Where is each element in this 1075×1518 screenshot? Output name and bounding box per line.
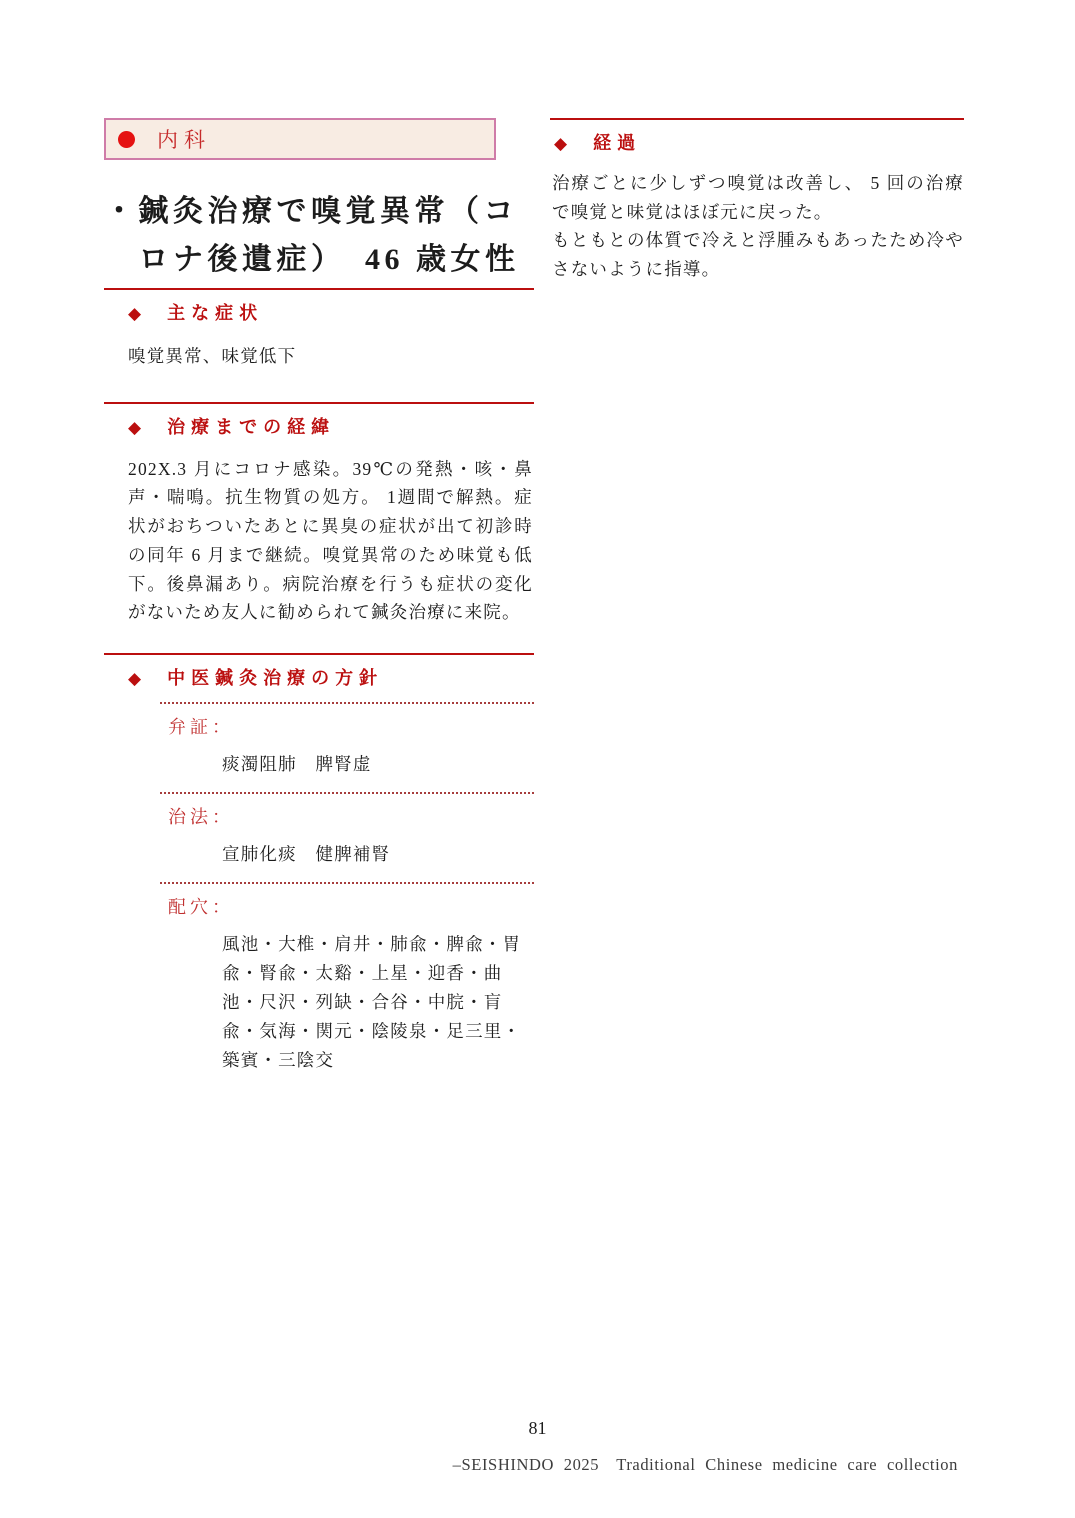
- title-bullet-icon: ・: [104, 188, 139, 284]
- history-heading-label: 治療までの経緯: [167, 413, 335, 439]
- policy-item-value: 痰濁阻肺 脾腎虚: [160, 750, 537, 779]
- symptoms-section-heading: ◆ 主な症状: [104, 290, 534, 325]
- category-header-box: 内科: [104, 118, 496, 160]
- diamond-icon: ◆: [128, 418, 141, 438]
- diamond-icon: ◆: [554, 134, 567, 154]
- footer-credit: –SEISHINDO 2025 Traditional Chinese medi…: [453, 1451, 958, 1475]
- progress-section-heading: ◆ 経過: [550, 120, 964, 155]
- policy-item-benshou: 弁証： 痰濁阻肺 脾腎虚: [160, 702, 534, 792]
- left-column: 内科 ・ 鍼灸治療で嗅覚異常（コ ロナ後遺症） 46 歳女性 ◆ 主な症状 嗅覚…: [104, 118, 534, 1088]
- policy-item-chihou: 治法： 宣肺化痰 健脾補腎: [160, 792, 534, 882]
- case-title-line-2: ロナ後遺症） 46 歳女性: [139, 236, 535, 284]
- case-title-line-1: 鍼灸治療で嗅覚異常（コ: [139, 188, 535, 236]
- page-number: 81: [0, 1418, 1075, 1439]
- symptoms-body: 嗅覚異常、味覚低下: [104, 342, 518, 371]
- progress-body: 治療ごとに少しずつ嗅覚は改善し、 5 回の治療で嗅覚と味覚はほぼ元に戻った。 も…: [550, 169, 964, 284]
- policy-item-value: 風池・大椎・肩井・肺兪・脾兪・胃兪・腎兪・太谿・上星・迎香・曲池・尺沢・列缺・合…: [160, 930, 537, 1075]
- policy-item-label: 弁証：: [160, 713, 534, 739]
- policy-item-label: 配穴：: [160, 893, 534, 919]
- progress-heading-label: 経過: [593, 129, 641, 155]
- symptoms-heading-label: 主な症状: [167, 299, 263, 325]
- category-label: 内科: [157, 124, 211, 154]
- policy-item-value: 宣肺化痰 健脾補腎: [160, 840, 537, 869]
- policy-list: 弁証： 痰濁阻肺 脾腎虚 治法： 宣肺化痰 健脾補腎 配穴： 風池・大椎・肩井・…: [104, 702, 534, 1088]
- policy-heading-label: 中医鍼灸治療の方針: [167, 664, 383, 690]
- diamond-icon: ◆: [128, 304, 141, 324]
- policy-section-heading: ◆ 中医鍼灸治療の方針: [104, 655, 534, 690]
- case-title: ・ 鍼灸治療で嗅覚異常（コ ロナ後遺症） 46 歳女性: [104, 188, 534, 284]
- history-body: 202X.3 月にコロナ感染。39℃の発熱・咳・鼻声・喘鳴。抗生物質の処方。 1…: [104, 455, 533, 627]
- progress-paragraph-2: もともとの体質で冷えと浮腫みもあったため冷やさないように指導。: [552, 226, 964, 283]
- right-column: ◆ 経過 治療ごとに少しずつ嗅覚は改善し、 5 回の治療で嗅覚と味覚はほぼ元に戻…: [550, 118, 964, 284]
- category-bullet-icon: [118, 131, 135, 148]
- history-section-heading: ◆ 治療までの経緯: [104, 404, 534, 439]
- diamond-icon: ◆: [128, 669, 141, 689]
- policy-item-haiketsu: 配穴： 風池・大椎・肩井・肺兪・脾兪・胃兪・腎兪・太谿・上星・迎香・曲池・尺沢・…: [160, 882, 534, 1088]
- policy-item-label: 治法：: [160, 803, 534, 829]
- progress-paragraph-1: 治療ごとに少しずつ嗅覚は改善し、 5 回の治療で嗅覚と味覚はほぼ元に戻った。: [552, 169, 964, 226]
